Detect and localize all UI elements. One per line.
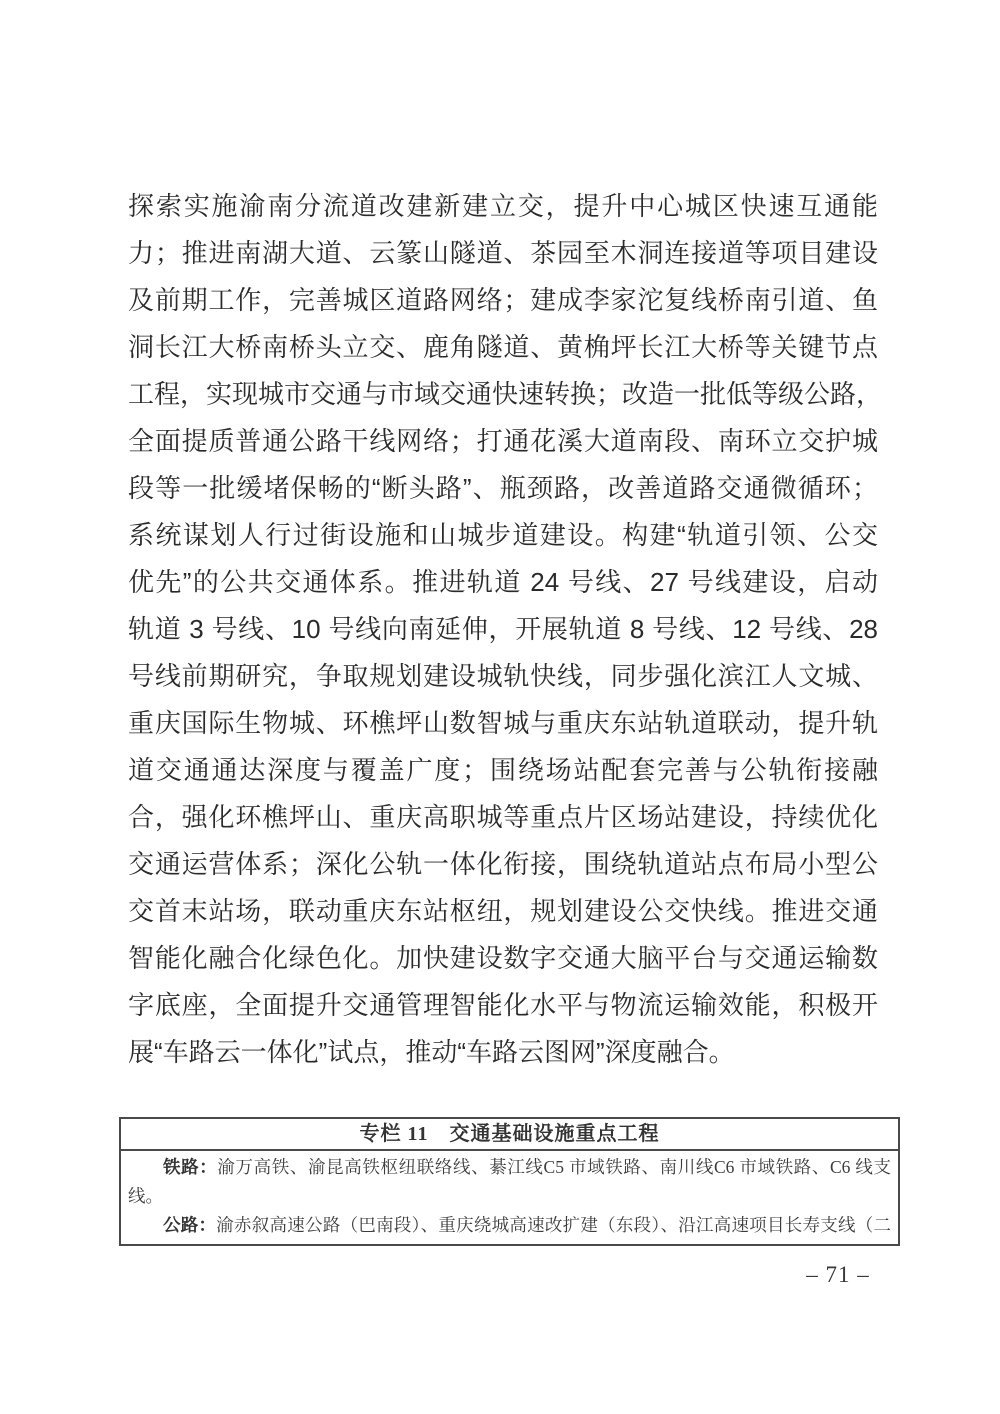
body-line: 轨道 3 号线、10 号线向南延伸，开展轨道 8 号线、12 号线、28 bbox=[128, 606, 878, 653]
feature-box-title: 专栏 11 交通基础设施重点工程 bbox=[121, 1119, 898, 1151]
body-line: 交首末站场，联动重庆东站枢纽，规划建设公交快线。推进交通 bbox=[128, 888, 878, 935]
body-line: 展“车路云一体化”试点，推动“车路云图网”深度融合。 bbox=[128, 1029, 878, 1076]
body-line: 智能化融合化绿色化。加快建设数字交通大脑平台与交通运输数 bbox=[128, 935, 878, 982]
box-item-label: 铁路： bbox=[163, 1157, 217, 1177]
body-line: 洞长江大桥南桥头立交、鹿角隧道、黄桷坪长江大桥等关键节点 bbox=[128, 324, 878, 371]
body-line: 段等一批缓堵保畅的“断头路”、瓶颈路，改善道路交通微循环； bbox=[128, 465, 878, 512]
body-line: 号线前期研究，争取规划建设城轨快线，同步强化滨江人文城、 bbox=[128, 653, 878, 700]
body-paragraph: 探索实施渝南分流道改建新建立交，提升中心城区快速互通能力；推进南湖大道、云篆山隧… bbox=[128, 183, 878, 1076]
body-line: 工程，实现城市交通与市域交通快速转换；改造一批低等级公路， bbox=[128, 371, 878, 418]
body-line: 全面提质普通公路干线网络；打通花溪大道南段、南环立交护城 bbox=[128, 418, 878, 465]
box-item: 铁路：渝万高铁、渝昆高铁枢纽联络线、綦江线C5 市域铁路、南川线C6 市域铁路、… bbox=[128, 1153, 891, 1211]
page-number: – 71 – bbox=[768, 1262, 908, 1288]
body-line: 及前期工作，完善城区道路网络；建成李家沱复线桥南引道、鱼 bbox=[128, 277, 878, 324]
document-page: 探索实施渝南分流道改建新建立交，提升中心城区快速互通能力；推进南湖大道、云篆山隧… bbox=[0, 0, 1000, 1414]
box-item-label: 公路： bbox=[163, 1215, 216, 1235]
body-line: 力；推进南湖大道、云篆山隧道、茶园至木洞连接道等项目建设 bbox=[128, 230, 878, 277]
body-line: 字底座，全面提升交通管理智能化水平与物流运输效能，积极开 bbox=[128, 982, 878, 1029]
body-line: 重庆国际生物城、环樵坪山数智城与重庆东站轨道联动，提升轨 bbox=[128, 700, 878, 747]
body-line: 合，强化环樵坪山、重庆高职城等重点片区场站建设，持续优化 bbox=[128, 794, 878, 841]
box-item: 公路：渝赤叙高速公路（巴南段）、重庆绕城高速改扩建（东段）、沿江高速项目长寿支线… bbox=[128, 1211, 891, 1244]
feature-box-column-11: 专栏 11 交通基础设施重点工程 铁路：渝万高铁、渝昆高铁枢纽联络线、綦江线C5… bbox=[119, 1117, 900, 1246]
body-line: 优先”的公共交通体系。推进轨道 24 号线、27 号线建设，启动 bbox=[128, 559, 878, 606]
body-line: 系统谋划人行过街设施和山城步道建设。构建“轨道引领、公交 bbox=[128, 512, 878, 559]
feature-box-content: 铁路：渝万高铁、渝昆高铁枢纽联络线、綦江线C5 市域铁路、南川线C6 市域铁路、… bbox=[121, 1151, 898, 1244]
body-line: 探索实施渝南分流道改建新建立交，提升中心城区快速互通能 bbox=[128, 183, 878, 230]
body-line: 交通运营体系；深化公轨一体化衔接，围绕轨道站点布局小型公 bbox=[128, 841, 878, 888]
body-line: 道交通通达深度与覆盖广度；围绕场站配套完善与公轨衔接融 bbox=[128, 747, 878, 794]
